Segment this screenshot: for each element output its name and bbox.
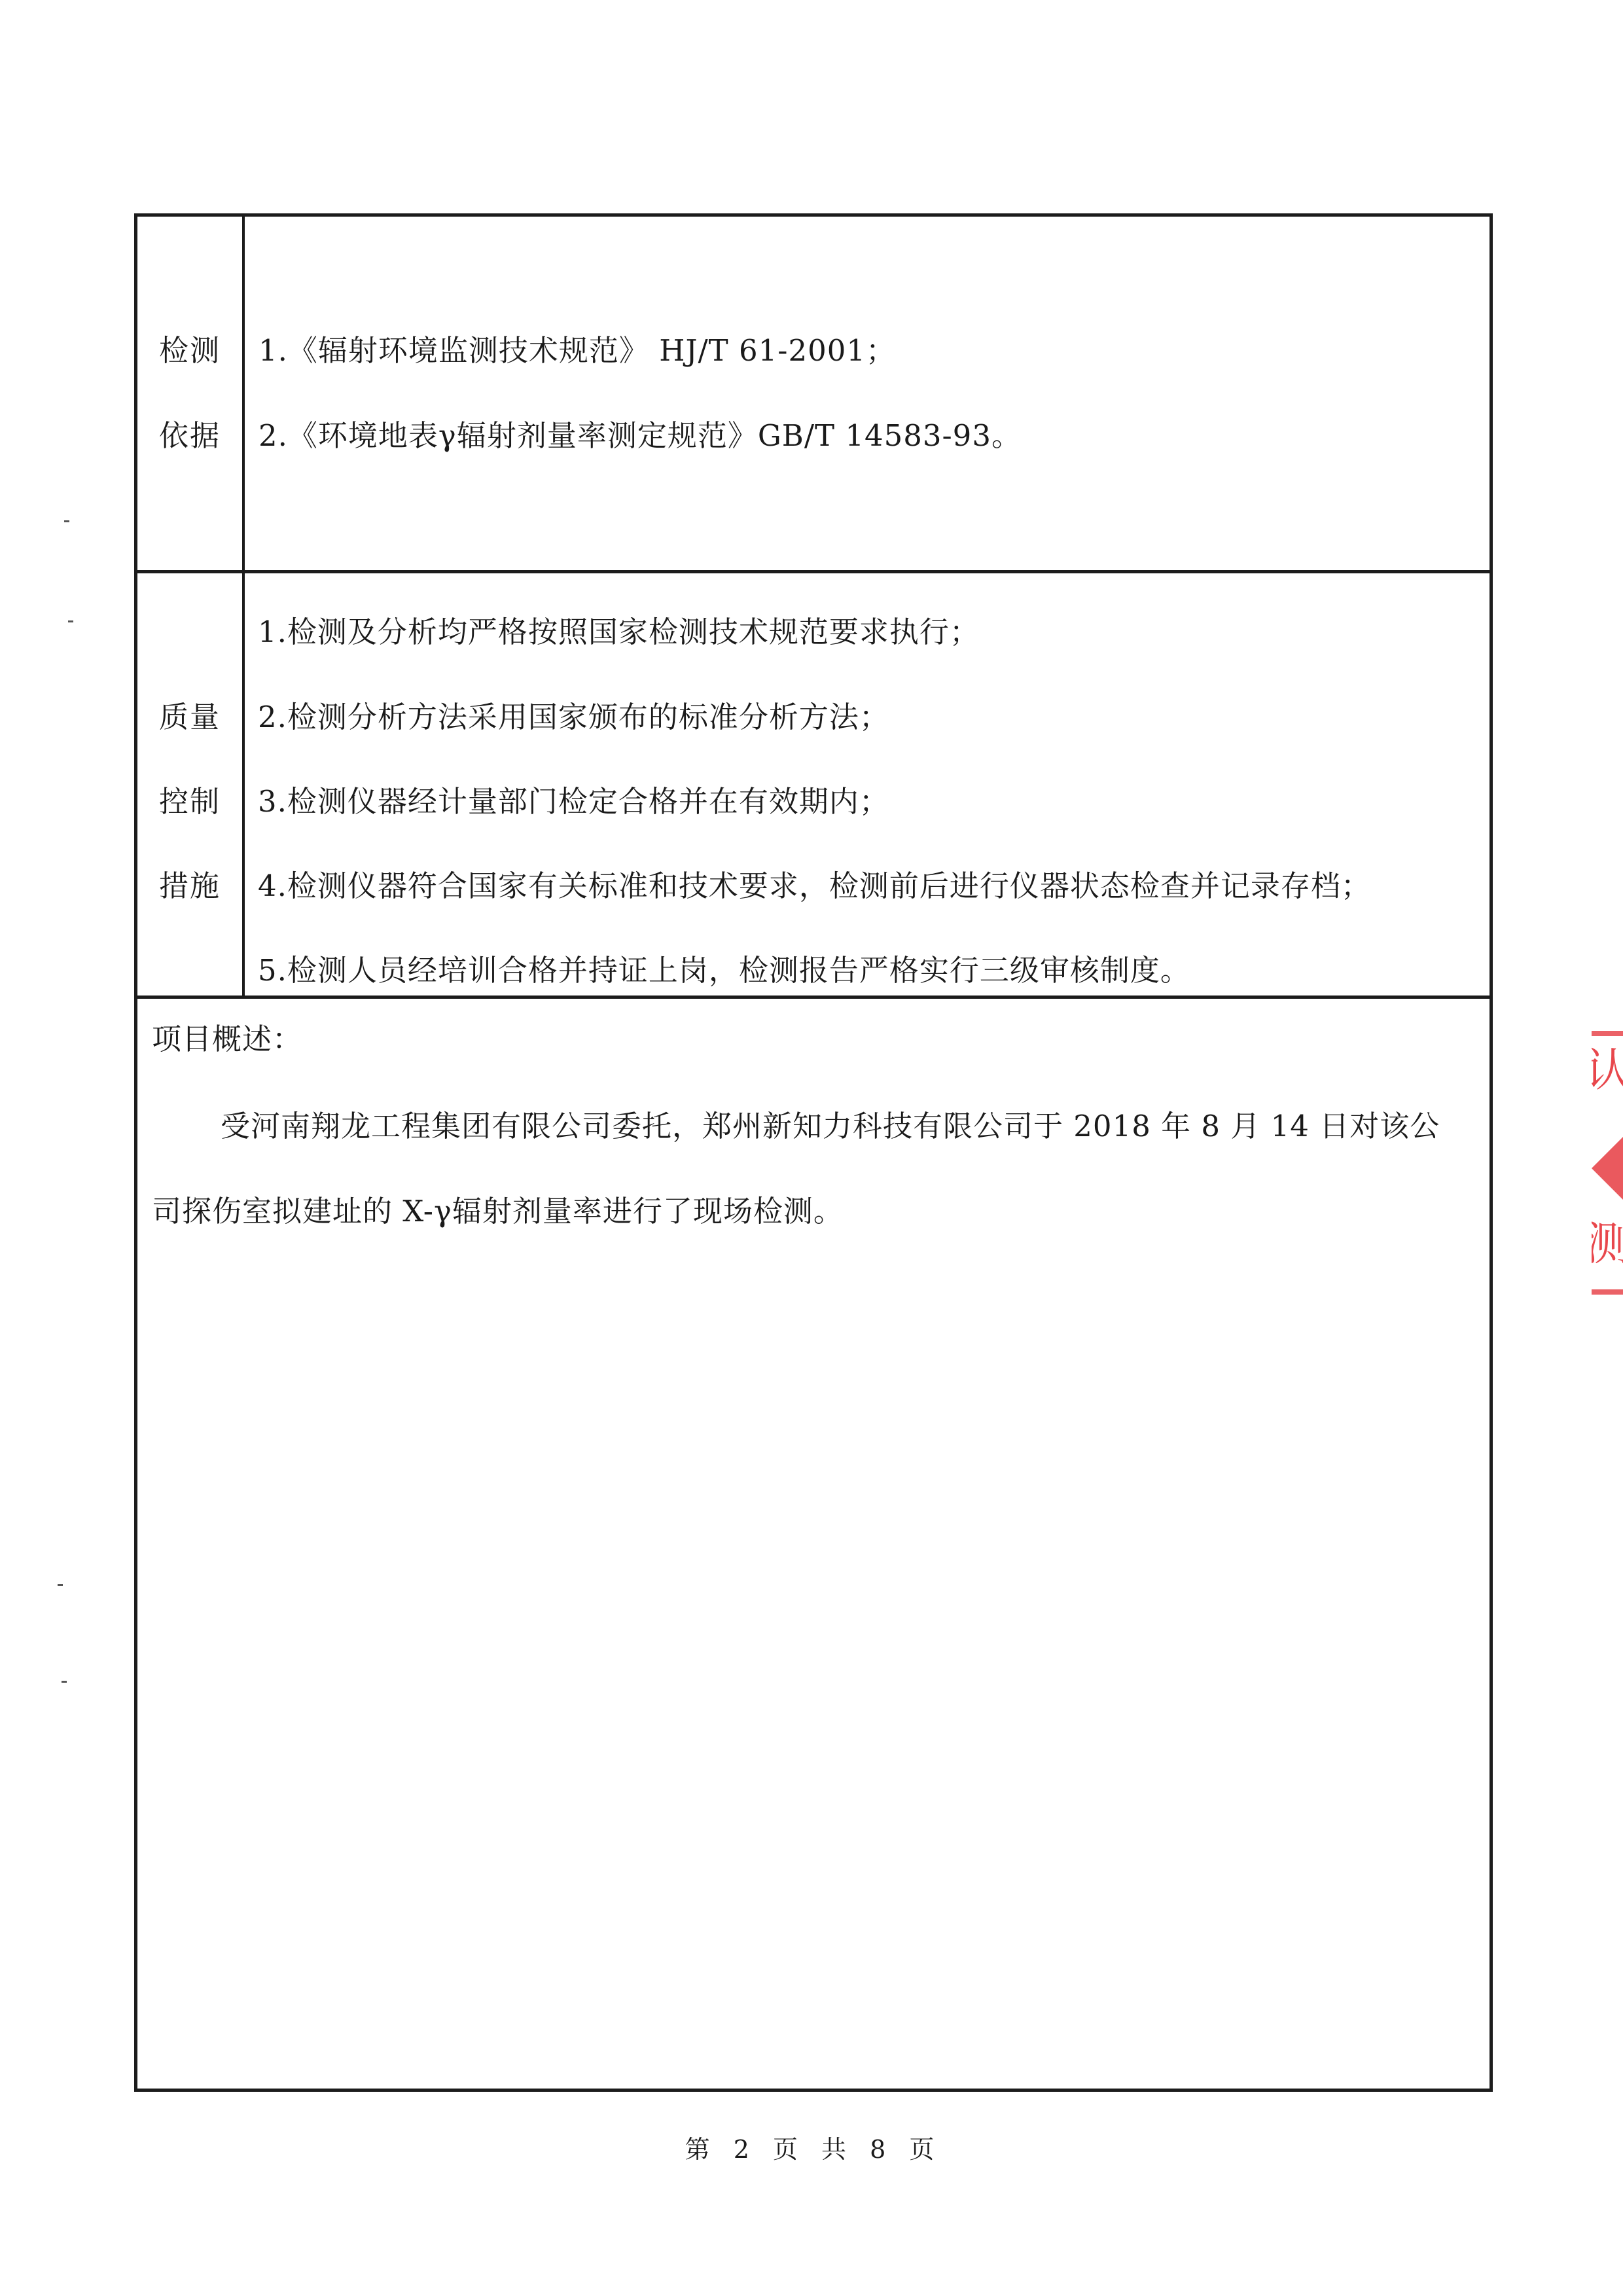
scan-speck	[64, 520, 69, 522]
stamp-glyph-2: 测	[1592, 1217, 1623, 1270]
stamp-bottom-bar	[1592, 1289, 1623, 1295]
section-divider-2	[137, 996, 1489, 999]
scan-speck	[62, 1681, 67, 1683]
red-seal-stamp: 认 测	[1592, 1031, 1623, 1296]
qc-item-1: 1.检测及分析均严格按照国家检测技术规范要求执行；	[258, 616, 980, 649]
qc-item-3: 3.检测仪器经计量部门检定合格并在有效期内；	[258, 785, 889, 818]
overview-paragraph-line-2: 司探伤室拟建址的 X-γ辐射剂量率进行了现场检测。	[152, 1195, 844, 1228]
stamp-star-icon	[1592, 1136, 1623, 1201]
overview-paragraph-line-1: 受河南翔龙工程集团有限公司委托，郑州新知力科技有限公司于 2018 年 8 月 …	[221, 1110, 1440, 1143]
qc-item-2: 2.检测分析方法采用国家颁布的标准分析方法；	[258, 701, 889, 734]
basis-item-2: 2.《环境地表γ辐射剂量率测定规范》GB/T 14583-93。	[259, 420, 1022, 452]
section-label-basis-line-1: 检测	[137, 334, 242, 367]
section-label-qc-line-1: 质量	[137, 701, 242, 734]
label-column-divider	[242, 217, 245, 997]
document-page: 检测 依据 1.《辐射环境监测技术规范》 HJ/T 61-2001； 2.《环境…	[0, 0, 1623, 2296]
scan-speck	[58, 1584, 63, 1586]
qc-item-4: 4.检测仪器符合国家有关标准和技术要求，检测前后进行仪器状态检查并记录存档；	[258, 870, 1371, 903]
page-indicator: 第 2 页 共 8 页	[0, 2135, 1623, 2164]
report-table: 检测 依据 1.《辐射环境监测技术规范》 HJ/T 61-2001； 2.《环境…	[134, 213, 1493, 2092]
section-divider-1	[137, 570, 1489, 573]
qc-item-5: 5.检测人员经培训合格并持证上岗，检测报告严格实行三级审核制度。	[258, 954, 1190, 987]
basis-item-1: 1.《辐射环境监测技术规范》 HJ/T 61-2001；	[259, 334, 896, 367]
section-label-qc-line-3: 措施	[137, 870, 242, 903]
section-label-basis-line-2: 依据	[137, 420, 242, 452]
section-label-qc-line-2: 控制	[137, 785, 242, 818]
overview-title: 项目概述：	[152, 1023, 302, 1056]
scan-speck	[68, 620, 73, 622]
stamp-top-bar	[1592, 1031, 1623, 1036]
stamp-glyph-1: 认	[1592, 1044, 1623, 1096]
